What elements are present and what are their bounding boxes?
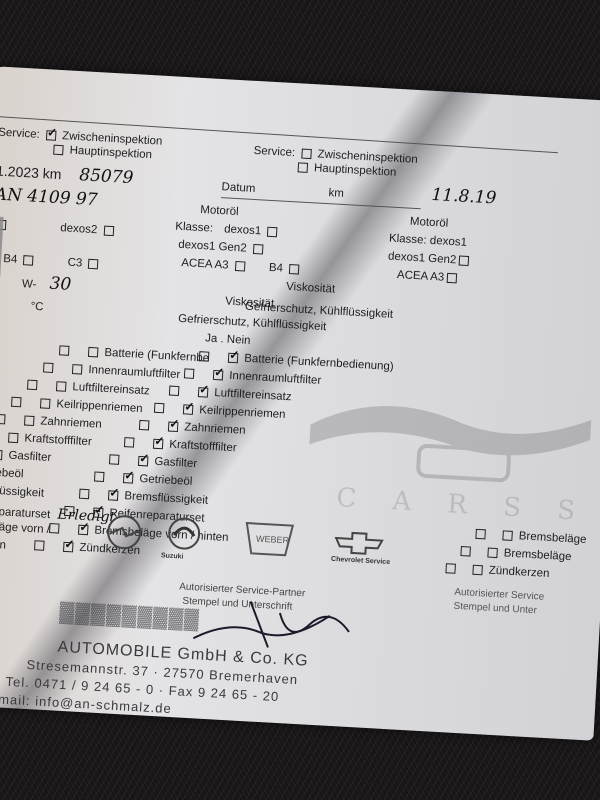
far-motoroel-label: Motoröl [410, 216, 449, 230]
checkbox-ja[interactable] [0, 414, 6, 425]
list-item: Bremsflüssigkeit [0, 483, 44, 500]
nein-label: Nein [227, 334, 251, 347]
checkbox-ja[interactable] [79, 489, 90, 500]
checkbox-nein[interactable] [108, 490, 119, 501]
klasse-option: dexos1 Gen2 [178, 239, 247, 255]
list-item: Kraftstofffilter [0, 430, 92, 448]
checkbox-zwischeninspektion[interactable] [46, 130, 57, 141]
km-label: km [42, 165, 62, 182]
checkbox-hauptinspektion[interactable] [53, 145, 64, 156]
checkbox-nein[interactable] [138, 456, 149, 467]
checkbox-ja[interactable] [154, 403, 165, 414]
service-booklet: Service: Zwischeninspektion Hauptinspekt… [0, 66, 600, 741]
dexos2-label: dexos2 [60, 222, 98, 236]
klasse-row-2: dexos1 Gen2 [178, 239, 266, 256]
weber-rent-logo-icon: WEBER [243, 521, 295, 558]
list-item: Innenraumluftfilter [40, 361, 181, 381]
privacy-blur [0, 216, 4, 277]
oil-row-2: B4 C3 [3, 253, 102, 270]
checkbox-ja[interactable] [27, 380, 38, 391]
checkbox-ja[interactable] [64, 506, 75, 517]
signature [188, 588, 361, 657]
handwritten-entry: AN 4109 97 [0, 184, 98, 210]
checkbox-c3[interactable] [88, 259, 99, 270]
klasse-option: dexos1 [224, 223, 262, 237]
chevrolet-bowtie-icon [333, 530, 384, 557]
checkbox-ja[interactable] [184, 368, 195, 379]
checkbox-nein[interactable] [24, 415, 35, 426]
checkbox-nein[interactable] [63, 542, 74, 553]
far-klasse-row-2: dexos1 Gen2 [388, 251, 473, 268]
checkbox-b4[interactable] [23, 255, 34, 266]
klasse-row-3: ACEA A3 B4 [181, 257, 302, 276]
km-label: km [328, 187, 344, 200]
checkbox-nein[interactable] [56, 381, 67, 392]
service-label: Service: [0, 127, 40, 141]
checkbox-ja[interactable] [124, 437, 135, 448]
checkbox-ja[interactable] [169, 385, 180, 396]
far-klasse-row: Klasse: dexos1 [389, 233, 468, 249]
item-label: Gasfilter [8, 450, 51, 464]
viscosity-row: 5 W- 30 [0, 270, 72, 295]
checkbox-ja[interactable] [139, 420, 150, 431]
item-label: Batterie (Funkfernbe [104, 347, 209, 365]
checkbox-nein[interactable] [72, 364, 83, 375]
list-item: Keilrippenriemen [8, 396, 143, 415]
far-footer-authorized: Autorisierter Service [454, 587, 545, 603]
checkbox-ja[interactable] [43, 362, 54, 373]
date-label: Datum [221, 181, 255, 195]
checkbox-nein[interactable] [0, 450, 3, 461]
list-item: Gasfilter [0, 447, 52, 464]
klasse-row: Klasse: dexos1 [175, 221, 281, 239]
item-label: Gasfilter [154, 456, 197, 470]
checkbox-zwischeninspektion[interactable] [301, 148, 312, 159]
checkbox-nein[interactable] [213, 370, 224, 381]
checkbox-nein[interactable] [78, 525, 89, 536]
suzuki-logo-icon [163, 514, 205, 556]
suzuki-label: Suzuki [161, 552, 184, 560]
svg-text:WEBER: WEBER [256, 534, 290, 546]
c3-label: C3 [67, 257, 82, 270]
checkbox[interactable] [447, 273, 458, 284]
item-label: Keilrippenriemen [56, 398, 143, 415]
option-label: Hauptinspektion [69, 145, 152, 162]
checkbox-nein[interactable] [228, 353, 239, 364]
oil-row-1: dexos2 [0, 218, 117, 237]
far-footer-stamp: Stempel und Unter [453, 601, 537, 617]
chevrolet-label: Chevrolet Service [331, 556, 390, 566]
stamp-logo-text: ▓▓▓▓▓▓▓▓▓ [59, 601, 200, 632]
klasse-option: dexos1 Gen2 [388, 251, 457, 267]
checkbox-nein[interactable] [40, 398, 51, 409]
cars-sport-watermark: C A R S S P A R T [295, 384, 600, 541]
klasse-option: ACEA A3 [397, 269, 445, 284]
klasse-option: B4 [269, 262, 284, 275]
checkbox-b4[interactable] [289, 264, 300, 275]
list-item: Zahnriemen [0, 413, 102, 431]
list-item: Getriebeöl [0, 464, 24, 480]
list-item: Batterie (Funkfernbe [56, 344, 209, 365]
item-label-clip: en [0, 539, 6, 552]
date-value: 1.2023 [0, 163, 39, 181]
date-km-row: 1.2023 km 85079 [0, 161, 134, 189]
ja-label: Ja [205, 332, 218, 345]
item-label: Getriebeöl [0, 466, 24, 481]
checkbox-nein[interactable] [8, 433, 19, 444]
klasse-label: Klasse: [175, 221, 213, 235]
date-km-row: Datum km [221, 181, 344, 200]
far-right-handwritten-date: 11.8.19 [431, 185, 497, 209]
checkbox-ja[interactable] [199, 351, 210, 362]
list-item: Luftfiltereinsatz [24, 378, 150, 397]
checkbox-nein[interactable] [153, 439, 164, 450]
motoroel-label: Motoröl [200, 204, 239, 218]
checkbox-ja[interactable] [94, 471, 105, 482]
checkbox-ja[interactable] [34, 540, 45, 551]
checkbox[interactable] [459, 255, 470, 266]
checkbox-hauptinspektion[interactable] [298, 162, 309, 173]
checkbox-dexos1-gen2[interactable] [253, 244, 264, 255]
ja-nein-header: Ja . Nein [205, 332, 251, 347]
klasse-label: Klasse: [389, 233, 427, 247]
checkbox-dexos1[interactable] [267, 227, 278, 238]
item-label: Kraftstofffilter [24, 433, 92, 449]
checkbox-acea-a3[interactable] [234, 261, 245, 272]
checkbox-ja[interactable] [49, 523, 60, 534]
handwritten-date: 11.8.19 [431, 185, 497, 209]
item-label: Reifenreparaturset [0, 504, 51, 521]
item-label: Luftfiltereinsatz [72, 381, 150, 397]
left-page: Service: Zwischeninspektion Hauptinspekt… [0, 127, 228, 140]
checkbox-ja[interactable] [11, 397, 22, 408]
w-label: W- [22, 278, 37, 291]
service-label: Service: [253, 145, 295, 159]
checkbox-nein[interactable] [88, 347, 99, 358]
b4-label: B4 [3, 253, 18, 266]
klasse-option: dexos1 [430, 235, 468, 249]
w-value-handwritten: 30 [49, 274, 72, 295]
checkbox-ja[interactable] [59, 345, 70, 356]
far-klasse-row-3: ACEA A3 [397, 269, 461, 285]
item-label: Zahnriemen [40, 415, 102, 430]
klasse-option: ACEA A3 [181, 257, 229, 272]
checkbox-ja[interactable] [109, 454, 120, 465]
checkbox-nein[interactable] [123, 473, 134, 484]
checkbox-dexos2[interactable] [103, 226, 114, 237]
km-handwritten: 85079 [79, 165, 134, 188]
checkbox-nein[interactable] [198, 387, 209, 398]
temp-unit: °C [30, 301, 44, 314]
checkbox-nein[interactable] [183, 404, 194, 415]
list-item: Zündkerzen [0, 536, 6, 551]
checkbox-nein[interactable] [168, 421, 179, 432]
opel-logo-icon [103, 511, 145, 553]
item-label: Innenraumluftfilter [88, 364, 181, 381]
